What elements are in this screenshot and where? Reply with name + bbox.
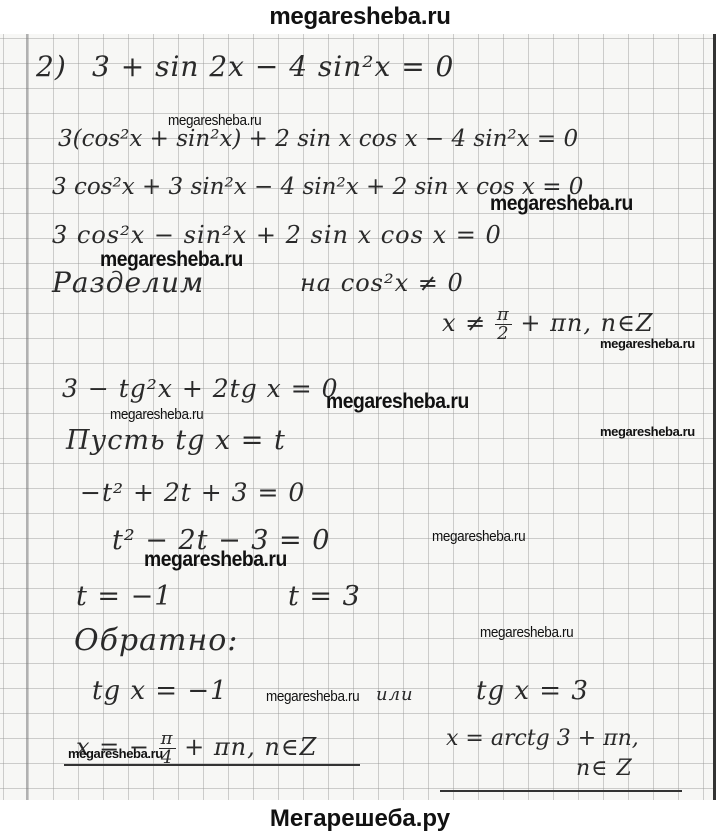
- divide-condition: на cos²x ≠ 0: [300, 268, 464, 298]
- root-1: t = −1: [76, 582, 172, 612]
- watermark: megaresheba.ru: [144, 548, 287, 572]
- answer-1-underline: [64, 764, 360, 766]
- equation-line-4: 3 cos²x − sin²x + 2 sin x cos x = 0: [52, 220, 502, 250]
- site-footer: Мегарешеба.ру: [0, 800, 720, 837]
- notebook-page: 2) 3 + sin 2x − 4 sin²x = 0 3(cos²x + si…: [0, 34, 716, 800]
- or-word: или: [376, 680, 414, 710]
- case-1: tg x = −1: [92, 676, 228, 706]
- item-label: 2): [36, 52, 67, 82]
- watermark: megaresheba.ru: [110, 406, 203, 423]
- equation-line-1: 3 + sin 2x − 4 sin²x = 0: [92, 52, 454, 82]
- watermark: megaresheba.ru: [480, 624, 573, 641]
- watermark: megaresheba.ru: [100, 248, 243, 272]
- case-2: tg x = 3: [476, 676, 589, 706]
- equation-line-2: 3(cos²x + sin²x) + 2 sin x cos x − 4 sin…: [58, 124, 578, 154]
- watermark: megaresheba.ru: [600, 336, 695, 351]
- restriction-prefix: x ≠: [442, 309, 486, 337]
- watermark: megaresheba.ru: [68, 746, 163, 761]
- root-2: t = 3: [288, 582, 361, 612]
- back-substitution-label: Обратно:: [74, 626, 238, 656]
- watermark: megaresheba.ru: [432, 528, 525, 545]
- margin-line: [26, 34, 28, 800]
- equation-line-9: −t² + 2t + 3 = 0: [80, 478, 305, 508]
- fraction-pi-over-2: π 2: [495, 306, 512, 343]
- answer-2-underline: [440, 790, 682, 792]
- watermark: megaresheba.ru: [168, 112, 261, 129]
- watermark: megaresheba.ru: [600, 424, 695, 439]
- divide-word: Разделим: [52, 268, 204, 298]
- restriction-suffix: + πn, n∈Z: [520, 309, 653, 337]
- equation-line-7: 3 − tg²x + 2tg x = 0: [62, 374, 339, 404]
- answer-2: x = arctg 3 + πn,: [446, 724, 639, 754]
- substitution-line: Пусть tg x = t: [66, 426, 286, 456]
- fraction-denominator: 2: [495, 325, 512, 343]
- watermark: megaresheba.ru: [490, 192, 633, 216]
- watermark: megaresheba.ru: [326, 390, 469, 414]
- answer-2-domain: n∈ Z: [576, 754, 633, 784]
- page-edge: [713, 34, 716, 800]
- site-header: megaresheba.ru: [0, 0, 720, 34]
- answer-1-suffix: + πn, n∈Z: [184, 733, 317, 761]
- watermark: megaresheba.ru: [266, 688, 359, 705]
